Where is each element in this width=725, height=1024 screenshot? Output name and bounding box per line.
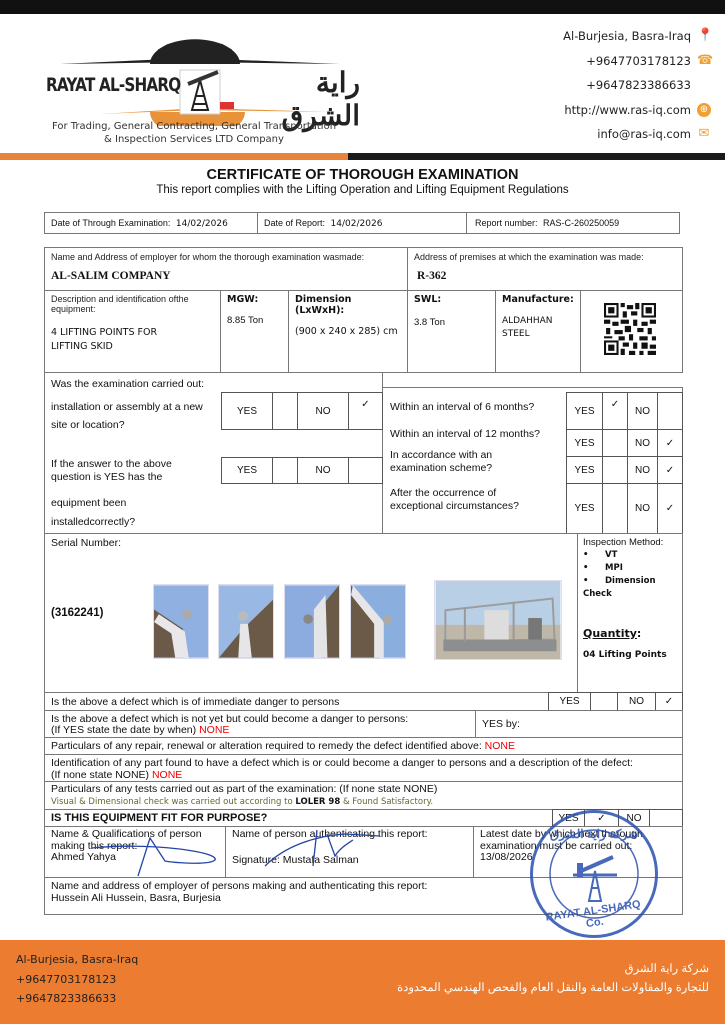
yes-by-cell: YES by: (475, 710, 683, 738)
mfr-line2: STEEL (502, 328, 574, 341)
location-pin-icon: 📍 (697, 29, 711, 43)
identification-cell: Identification of any part found to have… (44, 754, 683, 782)
identification-value: NONE (152, 769, 182, 781)
yes-by-label: YES by: (482, 718, 520, 730)
q2-no-checkbox[interactable] (348, 457, 383, 484)
certificate-subtitle: This report complies with the Lifting Op… (0, 184, 725, 196)
serial-value: (3162241) (51, 607, 103, 619)
q3-yes-label: YES (566, 392, 603, 430)
lifting-point-photo-4[interactable] (350, 584, 406, 659)
contact-phone2: +9647823386633 (563, 73, 711, 98)
premises-cell: Address of premises at which the examina… (407, 247, 683, 291)
desc-line2: LIFTING SKID (51, 340, 214, 354)
phone1-text: +9647703178123 (586, 54, 691, 68)
footer-phone1: +9647703178123 (16, 970, 138, 990)
repair-text: Particulars of any repair, renewal or al… (51, 740, 482, 752)
q2-no-label: NO (297, 457, 349, 484)
immediate-no-label: NO (617, 692, 656, 711)
method-mpi-text: MPI (605, 563, 623, 573)
report-date-cell: Date of Report: 14/02/2026 (257, 212, 467, 234)
certificate-title: CERTIFICATE OF THOROUGH EXAMINATION (0, 167, 725, 183)
company-logo: RAYAT AL-SHARQ راية الشرق (40, 36, 360, 126)
exam-intro: Was the examination carried out: (51, 378, 204, 390)
fit-question: IS THIS EQUIPMENT FIT FOR PURPOSE? (51, 812, 267, 824)
report-number-label: Report number: (475, 218, 538, 228)
dimension-cell: Dimension (LxWxH): (900 x 240 x 285) cm (288, 290, 408, 373)
equipment-desc-label: Description and identification ofthe equ… (51, 294, 214, 314)
contact-info: Al-Burjesia, Basra-Iraq📍 +9647703178123☎… (563, 24, 711, 147)
footer-ar-line2: للتجارة والمقاولات العامة والنقل العام و… (397, 979, 709, 998)
q6-yes-checkbox[interactable] (602, 483, 628, 534)
report-number-cell: Report number: RAS-C-260250059 (466, 212, 680, 234)
immediate-yes-checkbox[interactable] (590, 692, 618, 711)
exam-date-cell: Date of Through Examination: 14/02/2026 (44, 212, 258, 234)
tests-label: Particulars of any tests carried out as … (51, 783, 676, 796)
q1-yes-checkbox[interactable] (272, 392, 298, 430)
identification-hint: (If none state NONE) (51, 769, 149, 781)
q4-yes-checkbox[interactable] (602, 429, 628, 457)
footer-arabic: شركة راية الشرق للتجارة والمقاولات العام… (397, 960, 709, 998)
footer-phone2: +9647823386633 (16, 989, 138, 1009)
exam-date-label: Date of Through Examination: (51, 218, 170, 228)
letterhead: RAYAT AL-SHARQ راية الشرق For Trading, G… (0, 14, 725, 148)
quantity-value: 04 Lifting Points (583, 650, 677, 660)
mgw-label: MGW: (227, 294, 282, 305)
globe-icon: ⊕ (697, 103, 711, 117)
lifting-point-photo-2[interactable] (218, 584, 274, 659)
lifting-point-photo-3[interactable] (284, 584, 340, 659)
equipment-desc-value: 4 LIFTING POINTS FOR LIFTING SKID (51, 326, 214, 354)
swl-value: 3.8 Ton (414, 317, 489, 328)
phone2-text: +9647823386633 (586, 78, 691, 92)
footer: Al-Burjesia, Basra-Iraq +9647703178123 +… (0, 940, 725, 1024)
swl-cell: SWL: 3.8 Ton (407, 290, 496, 373)
contact-website[interactable]: http://www.ras-iq.com⊕ (563, 98, 711, 123)
mgw-cell: MGW: 8.85 Ton (220, 290, 289, 373)
future-danger-cell: Is the above a defect which is not yet b… (44, 710, 476, 738)
tests-value: Visual & Dimensional check was carried o… (51, 796, 676, 809)
exam-date-value: 14/02/2026 (176, 219, 228, 229)
bullet-icon: • (583, 575, 605, 588)
tests-value-bold: LOLER 98 (295, 797, 340, 807)
q2-yes-checkbox[interactable] (272, 457, 298, 484)
q3-yes-checkbox[interactable]: ✓ (602, 392, 628, 430)
q5-line2: examination scheme? (390, 462, 492, 475)
mgw-value: 8.85 Ton (227, 315, 282, 326)
report-date-label: Date of Report: (264, 218, 325, 228)
dimension-value: (900 x 240 x 285) cm (295, 326, 401, 337)
footer-contacts: Al-Burjesia, Basra-Iraq +9647703178123 +… (16, 950, 138, 1009)
quantity-label: Quantity (583, 627, 637, 640)
serial-label: Serial Number: (51, 537, 571, 549)
manufacture-value: ALDAHHAN STEEL (502, 315, 574, 341)
manufacture-label: Manufacture: (502, 294, 574, 305)
manufacture-cell: Manufacture: ALDAHHAN STEEL (495, 290, 581, 373)
stamp-top-text: شركة راية الشرق (549, 827, 639, 841)
email-link[interactable]: info@ras-iq.com (597, 127, 691, 141)
q2-text: If the answer to the above question is Y… (51, 458, 172, 484)
q2-text-cont: equipment been installedcorrectly? (51, 494, 135, 532)
contact-phone1: +9647703178123☎ (563, 49, 711, 74)
premises-label: Address of premises at which the examina… (414, 252, 676, 262)
q6-text: After the occurrence of exceptional circ… (390, 487, 519, 513)
address-text: Al-Burjesia, Basra-Iraq (563, 29, 691, 43)
q1-no-checkbox[interactable]: ✓ (348, 392, 383, 430)
q5-line1: In accordance with an (390, 449, 492, 462)
q1-text: installation or assembly at a new site o… (51, 398, 203, 434)
future-danger-hint: (If YES state the date by when) (51, 724, 196, 736)
blank-icon (697, 78, 711, 92)
future-danger-value: NONE (199, 724, 229, 736)
bullet-icon: • (583, 562, 605, 575)
company-stamp: شركة راية الشرق RAYAT AL-SHARQ Co. (530, 810, 658, 938)
fit-for-purpose-cell: IS THIS EQUIPMENT FIT FOR PURPOSE? (44, 809, 553, 827)
maker-signature-icon (90, 828, 220, 880)
q4-text: Within an interval of 12 months? (390, 428, 540, 440)
tests-cell: Particulars of any tests carried out as … (44, 781, 683, 810)
company-tagline: For Trading, General Contracting, Genera… (44, 120, 344, 146)
q5-no-label: NO (627, 456, 658, 484)
tagline-line1: For Trading, General Contracting, Genera… (44, 120, 344, 133)
website-link[interactable]: http://www.ras-iq.com (564, 103, 691, 117)
q2-line1: If the answer to the above (51, 458, 172, 471)
inspection-cell: Inspection Method: •VT •MPI •Dimension C… (577, 533, 683, 693)
lifting-skid-photo[interactable] (434, 580, 562, 660)
method-vt-text: VT (605, 550, 617, 560)
immediate-danger-text: Is the above a defect which is of immedi… (51, 696, 339, 708)
immediate-no-checkbox[interactable]: ✓ (655, 692, 683, 711)
q5-yes-checkbox[interactable] (602, 456, 628, 484)
employer-label: Name and Address of employer for whom th… (51, 252, 401, 262)
employer-value: AL-SALIM COMPANY (51, 270, 401, 282)
q6-yes-label: YES (566, 483, 603, 534)
q1-yes-label: YES (221, 392, 273, 430)
q5-text: In accordance with an examination scheme… (390, 449, 492, 475)
q4-yes-label: YES (566, 429, 603, 457)
repair-value: NONE (485, 740, 515, 752)
quantity-colon: : (637, 627, 641, 640)
q3-no-checkbox[interactable] (657, 392, 683, 430)
contact-email[interactable]: info@ras-iq.com✉ (563, 122, 711, 147)
report-number-value: RAS-C-260250059 (543, 218, 619, 228)
q3-no-label: NO (627, 392, 658, 430)
envelope-icon: ✉ (697, 127, 711, 141)
header-divider (0, 153, 725, 160)
tests-value-post: & Found Satisfactory. (343, 797, 433, 807)
method-dimension: •Dimension Check (583, 575, 677, 601)
identification-line2: (If none state NONE) NONE (51, 769, 676, 781)
q6-line2: exceptional circumstances? (390, 500, 519, 513)
contact-address: Al-Burjesia, Basra-Iraq📍 (563, 24, 711, 49)
quantity-heading: Quantity: (583, 627, 677, 640)
authenticator-signature-icon (255, 826, 385, 874)
swl-label: SWL: (414, 294, 489, 305)
inspection-methods: •VT •MPI •Dimension Check (583, 549, 677, 601)
qr-code-icon[interactable] (604, 303, 656, 355)
q4-no-label: NO (627, 429, 658, 457)
q1-line1: installation or assembly at a new (51, 398, 203, 416)
immediate-danger-cell: Is the above a defect which is of immedi… (44, 692, 549, 711)
immediate-yes-label: YES (548, 692, 591, 711)
q5-yes-label: YES (566, 456, 603, 484)
identification-line1: Identification of any part found to have… (51, 757, 676, 769)
company-name-en: RAYAT AL-SHARQ (46, 74, 180, 96)
bullet-icon: • (583, 549, 605, 562)
dimension-label: Dimension (LxWxH): (295, 294, 401, 316)
phone-icon: ☎ (697, 54, 711, 68)
method-mpi: •MPI (583, 562, 677, 575)
footer-address: Al-Burjesia, Basra-Iraq (16, 950, 138, 970)
inspection-label: Inspection Method: (583, 537, 677, 548)
q6-no-label: NO (627, 483, 658, 534)
desc-line1: 4 LIFTING POINTS FOR (51, 326, 214, 340)
method-vt: •VT (583, 549, 677, 562)
tagline-line2: & Inspection Services LTD Company (44, 133, 344, 146)
q1-line2: site or location? (51, 416, 203, 434)
q6-no-checkbox[interactable]: ✓ (657, 483, 683, 534)
future-danger-line2: (If YES state the date by when) NONE (51, 725, 469, 736)
top-bar (0, 0, 725, 14)
repair-cell: Particulars of any repair, renewal or al… (44, 737, 683, 755)
employer-cell: Name and Address of employer for whom th… (44, 247, 408, 291)
mfr-line1: ALDAHHAN (502, 315, 574, 328)
lifting-point-photo-1[interactable] (153, 584, 209, 659)
q4-no-checkbox[interactable]: ✓ (657, 429, 683, 457)
equipment-desc-cell: Description and identification ofthe equ… (44, 290, 221, 373)
footer-ar-line1: شركة راية الشرق (397, 960, 709, 979)
q5-no-checkbox[interactable]: ✓ (657, 456, 683, 484)
q1-no-label: NO (297, 392, 349, 430)
q2-line3: equipment been (51, 494, 135, 513)
premises-value: R-362 (417, 270, 676, 282)
q2-line4: installedcorrectly? (51, 513, 135, 532)
tests-value-pre: Visual & Dimensional check was carried o… (51, 797, 293, 807)
q3-text: Within an interval of 6 months? (390, 401, 534, 413)
q2-yes-label: YES (221, 457, 273, 484)
q6-line1: After the occurrence of (390, 487, 519, 500)
q2-line2: question is YES has the (51, 471, 172, 484)
report-date-value: 14/02/2026 (331, 219, 383, 229)
